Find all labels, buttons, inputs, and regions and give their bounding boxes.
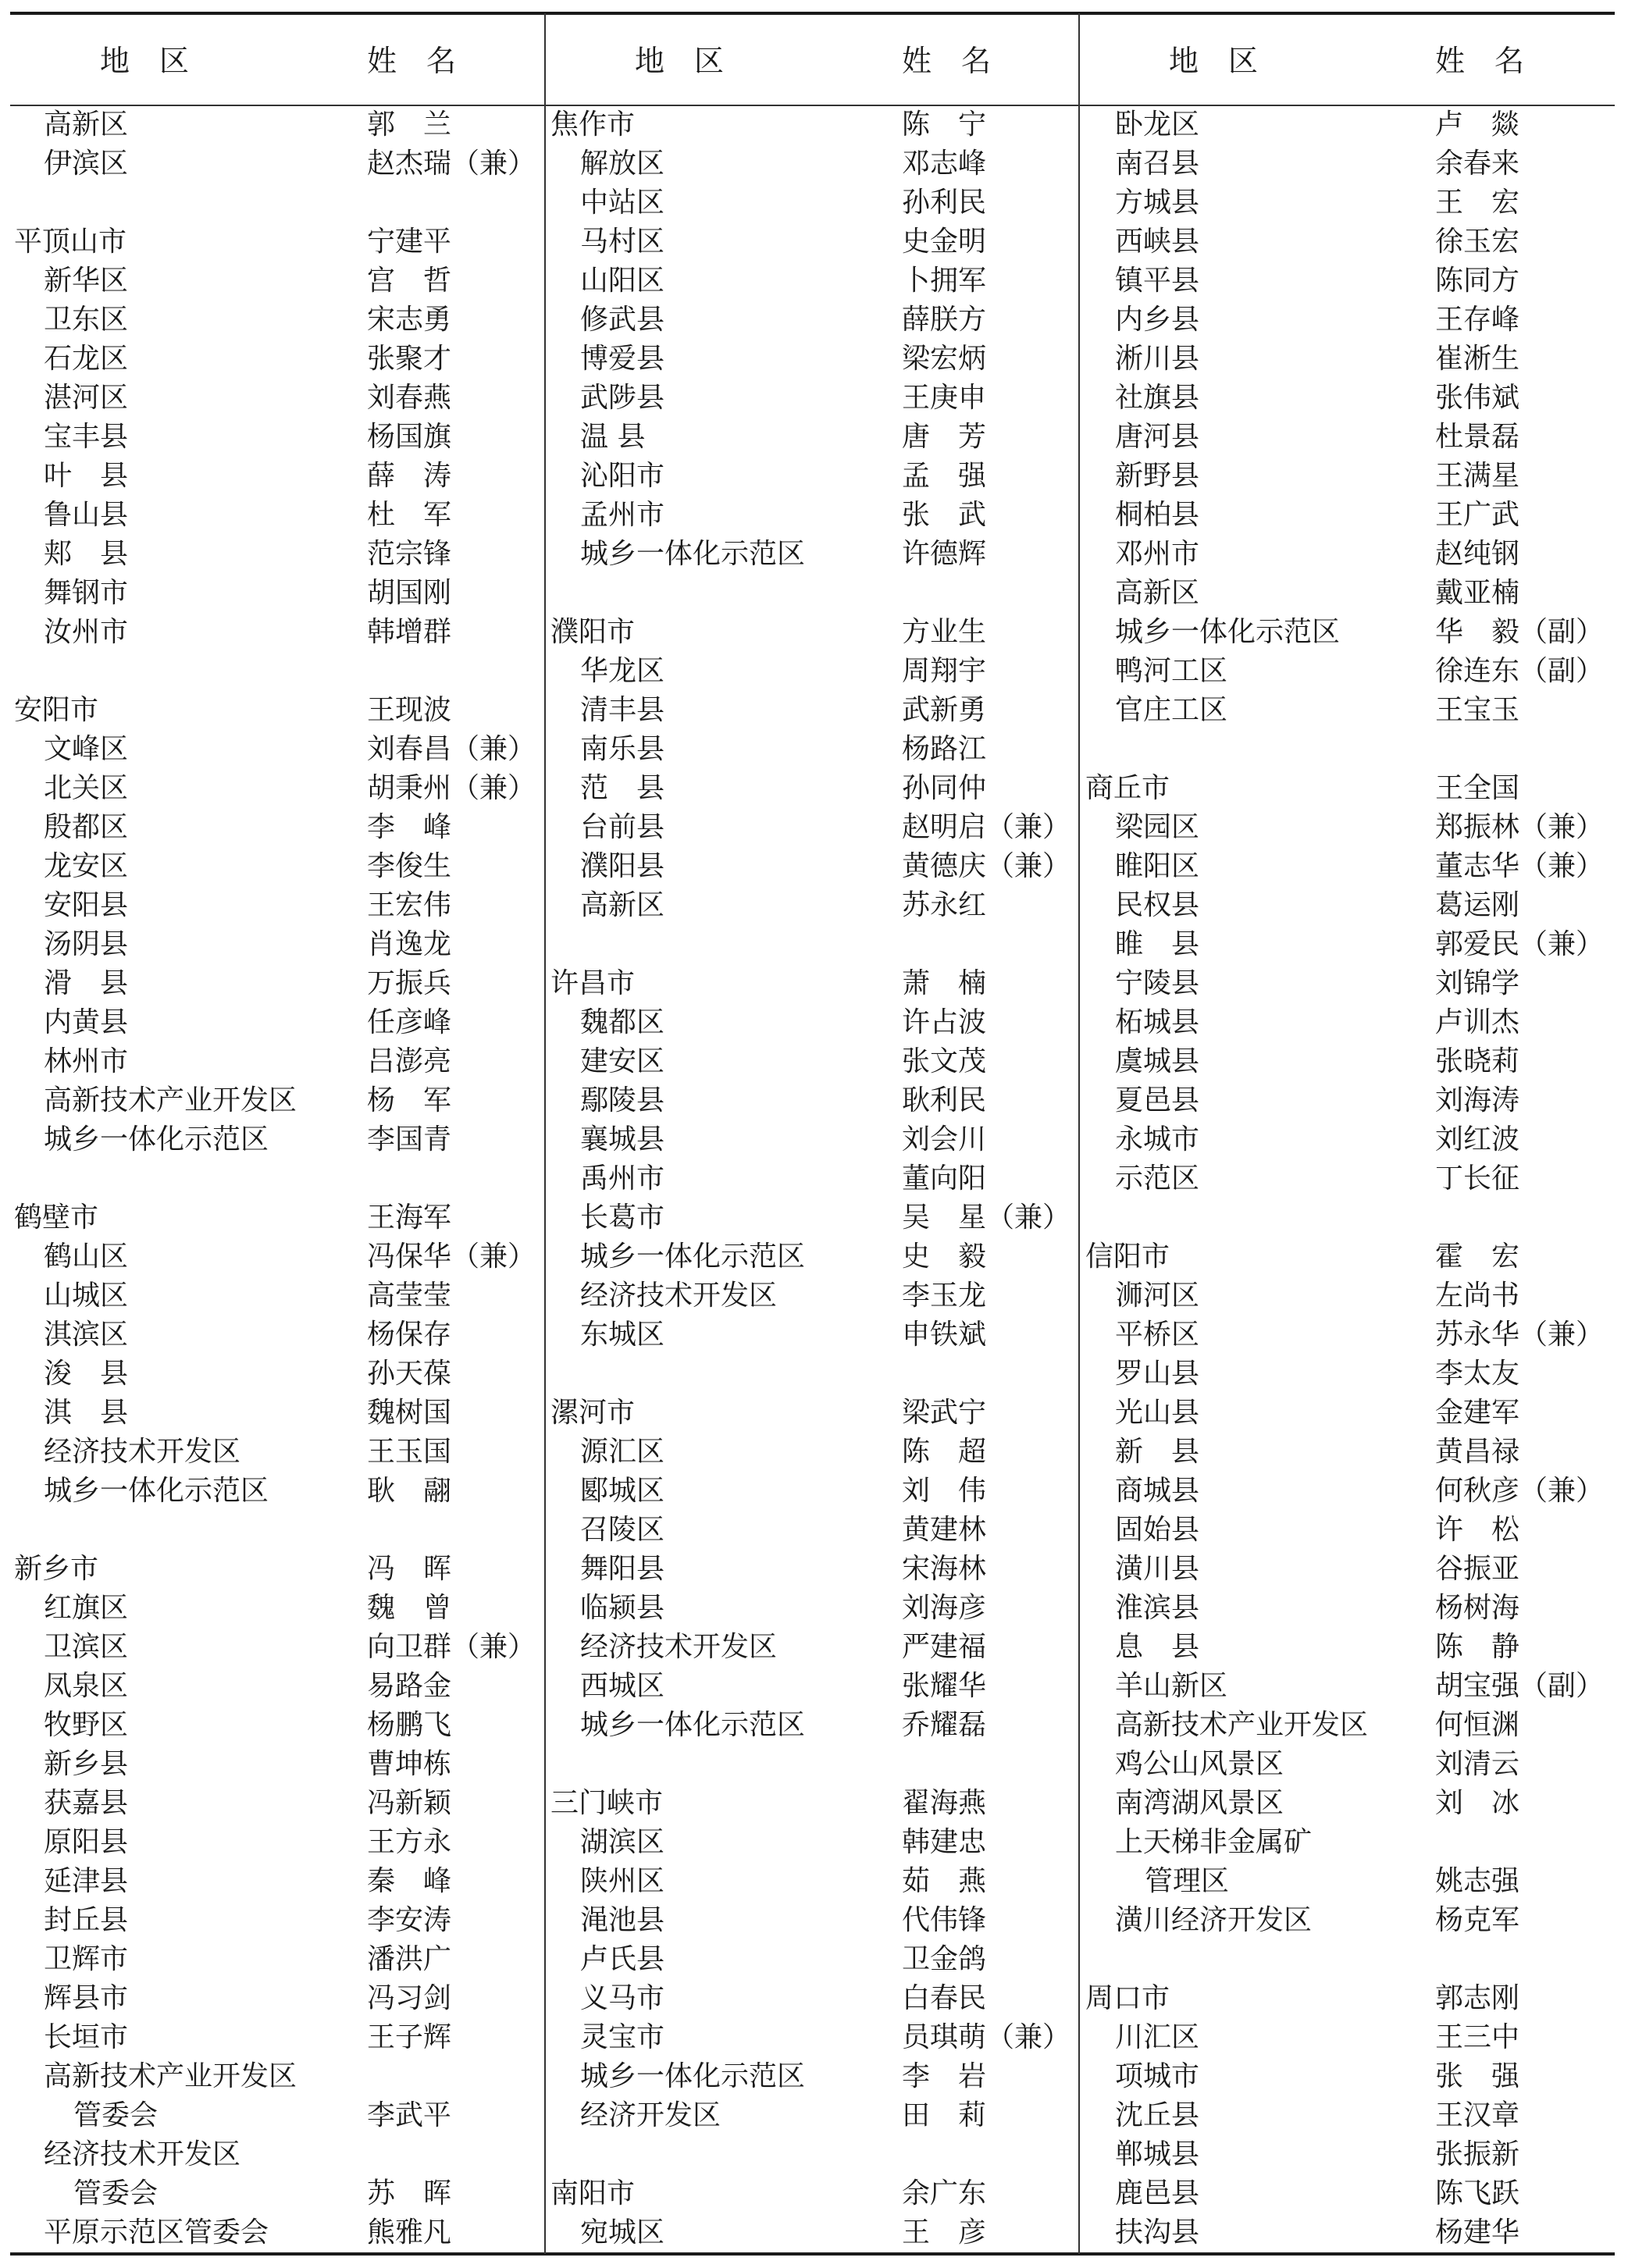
district-name: 延津县	[44, 1862, 128, 1901]
district-name: 宝丰县	[44, 418, 128, 457]
district-name: 城乡一体化示范区	[580, 2057, 805, 2096]
district-name: 中站区	[580, 183, 664, 223]
person-name: 刘会川	[902, 1120, 986, 1159]
person-name: 李 峰	[367, 808, 451, 847]
district-name: 浚 县	[44, 1355, 128, 1394]
district-name: 浉河区	[1115, 1276, 1199, 1316]
person-name: 胡国刚	[367, 574, 451, 613]
person-name: 王广武	[1435, 496, 1519, 535]
person-name: 李玉龙	[902, 1276, 986, 1316]
district-name: 山阳区	[580, 262, 664, 301]
person-name: 白春民	[902, 1979, 986, 2018]
district-name: 南召县	[1115, 144, 1199, 183]
district-name: 沁阳市	[580, 457, 664, 496]
district-name: 息 县	[1115, 1628, 1199, 1667]
person-name: 郭志刚	[1435, 1979, 1519, 2018]
district-name: 管委会	[73, 2096, 158, 2135]
district-name: 马村区	[580, 223, 664, 262]
person-name: 王子辉	[367, 2018, 451, 2057]
person-name: 卢训杰	[1435, 1003, 1519, 1042]
district-name: 光山县	[1115, 1394, 1199, 1433]
city-name: 濮阳市	[550, 613, 635, 652]
district-name: 上天梯非金属矿	[1115, 1823, 1312, 1862]
district-name: 长葛市	[580, 1198, 664, 1237]
district-name: 召陵区	[580, 1511, 664, 1550]
person-name: 王庚申	[902, 379, 986, 418]
person-name: 张聚才	[367, 340, 451, 379]
person-name: 李安涛	[367, 1901, 451, 1940]
district-name: 封丘县	[44, 1901, 128, 1940]
district-name: 台前县	[580, 808, 664, 847]
city-name: 南阳市	[550, 2174, 635, 2213]
district-name: 牧野区	[44, 1706, 128, 1745]
person-name: 陈 静	[1435, 1628, 1519, 1667]
district-name: 高新区	[44, 105, 128, 144]
district-name: 内黄县	[44, 1003, 128, 1042]
district-name: 镇平县	[1115, 262, 1199, 301]
district-name: 卫辉市	[44, 1940, 128, 1979]
district-name: 睢 县	[1115, 925, 1199, 964]
person-name: 翟海燕	[902, 1784, 986, 1823]
person-name: 王全国	[1435, 769, 1519, 808]
person-name: 耿利民	[902, 1081, 986, 1120]
district-name: 林州市	[44, 1042, 128, 1081]
person-name: 王三中	[1435, 2018, 1519, 2057]
person-name: 杨国旗	[367, 418, 451, 457]
district-name: 范 县	[580, 769, 664, 808]
person-name: 何恒渊	[1435, 1706, 1519, 1745]
city-name: 三门峡市	[550, 1784, 663, 1823]
district-name: 高新区	[580, 886, 664, 925]
person-name: 梁宏炳	[902, 340, 986, 379]
person-name: 秦 峰	[367, 1862, 451, 1901]
person-name: 杜 军	[367, 496, 451, 535]
district-name: 长垣市	[44, 2018, 128, 2057]
person-name: 余广东	[902, 2174, 986, 2213]
header-name: 姓 名	[902, 39, 991, 83]
district-name: 卫滨区	[44, 1628, 128, 1667]
district-name: 陕州区	[580, 1862, 664, 1901]
person-name: 胡秉州（兼）	[367, 769, 536, 808]
person-name: 萧 楠	[902, 964, 986, 1003]
person-name: 王满星	[1435, 457, 1519, 496]
district-name: 红旗区	[44, 1589, 128, 1628]
district-name: 固始县	[1115, 1511, 1199, 1550]
district-name: 文峰区	[44, 730, 128, 769]
header-name: 姓 名	[367, 39, 456, 83]
district-name: 孟州市	[580, 496, 664, 535]
person-name: 向卫群（兼）	[367, 1628, 536, 1667]
header-region: 地 区	[100, 39, 189, 83]
district-name: 城乡一体化示范区	[580, 1237, 805, 1276]
person-name: 许德辉	[902, 535, 986, 574]
district-name: 城乡一体化示范区	[1115, 613, 1340, 652]
district-name: 西峡县	[1115, 223, 1199, 262]
district-name: 义马市	[580, 1979, 664, 2018]
person-name: 左尚书	[1435, 1276, 1519, 1316]
district-name: 南乐县	[580, 730, 664, 769]
person-name: 乔耀磊	[902, 1706, 986, 1745]
district-name: 舞钢市	[44, 574, 128, 613]
district-name: 经济技术开发区	[44, 1433, 240, 1472]
person-name: 戴亚楠	[1435, 574, 1519, 613]
person-name: 王 宏	[1435, 183, 1519, 223]
person-name: 卜拥军	[902, 262, 986, 301]
person-name: 孙同仲	[902, 769, 986, 808]
person-name: 孟 强	[902, 457, 986, 496]
person-name: 刘 冰	[1435, 1784, 1519, 1823]
district-name: 高新技术产业开发区	[44, 2057, 297, 2096]
district-name: 邓州市	[1115, 535, 1199, 574]
district-name: 新华区	[44, 262, 128, 301]
person-name: 张文茂	[902, 1042, 986, 1081]
district-name: 安阳县	[44, 886, 128, 925]
district-name: 高新区	[1115, 574, 1199, 613]
person-name: 董志华（兼）	[1435, 847, 1604, 886]
header-rule	[10, 105, 1615, 106]
person-name: 崔淅生	[1435, 340, 1519, 379]
person-name: 郭爱民（兼）	[1435, 925, 1604, 964]
district-name: 卧龙区	[1115, 105, 1199, 144]
district-name: 凤泉区	[44, 1667, 128, 1706]
district-name: 原阳县	[44, 1823, 128, 1862]
person-name: 茹 燕	[902, 1862, 986, 1901]
district-name: 鹤山区	[44, 1237, 128, 1276]
district-name: 魏都区	[580, 1003, 664, 1042]
person-name: 卫金鸽	[902, 1940, 986, 1979]
district-name: 高新技术产业开发区	[44, 1081, 297, 1120]
person-name: 宫 哲	[367, 262, 451, 301]
person-name: 陈飞跃	[1435, 2174, 1519, 2213]
district-name: 禹州市	[580, 1159, 664, 1198]
district-name: 淇 县	[44, 1394, 128, 1433]
district-name: 濮阳县	[580, 847, 664, 886]
person-name: 王存峰	[1435, 301, 1519, 340]
person-name: 吕澎亮	[367, 1042, 451, 1081]
district-name: 潢川县	[1115, 1550, 1199, 1589]
person-name: 冯新颖	[367, 1784, 451, 1823]
person-name: 刘 伟	[902, 1472, 986, 1511]
district-name: 永城市	[1115, 1120, 1199, 1159]
city-name: 安阳市	[14, 691, 98, 730]
district-name: 获嘉县	[44, 1784, 128, 1823]
city-name: 信阳市	[1085, 1237, 1170, 1276]
person-name: 姚志强	[1435, 1862, 1519, 1901]
person-name: 孙利民	[902, 183, 986, 223]
district-name: 鹿邑县	[1115, 2174, 1199, 2213]
person-name: 薛 涛	[367, 457, 451, 496]
person-name: 张 武	[902, 496, 986, 535]
person-name: 卢 燚	[1435, 105, 1519, 144]
person-name: 华 毅（副）	[1435, 613, 1604, 652]
person-name: 任彦峰	[367, 1003, 451, 1042]
person-name: 代伟锋	[902, 1901, 986, 1940]
person-name: 何秋彦（兼）	[1435, 1472, 1604, 1511]
person-name: 胡宝强（副）	[1435, 1667, 1604, 1706]
district-name: 罗山县	[1115, 1355, 1199, 1394]
district-name: 川汇区	[1115, 2018, 1199, 2057]
person-name: 范宗锋	[367, 535, 451, 574]
person-name: 周翔宇	[902, 652, 986, 691]
person-name: 杨 军	[367, 1081, 451, 1120]
person-name: 苏 晖	[367, 2174, 451, 2213]
person-name: 王宝玉	[1435, 691, 1519, 730]
person-name: 徐连东（副）	[1435, 652, 1604, 691]
district-name: 渑池县	[580, 1901, 664, 1940]
person-name: 耿 翮	[367, 1472, 451, 1511]
district-name: 滑 县	[44, 964, 128, 1003]
district-name: 灵宝市	[580, 2018, 664, 2057]
header-region: 地 区	[1169, 39, 1258, 83]
person-name: 李俊生	[367, 847, 451, 886]
person-name: 王宏伟	[367, 886, 451, 925]
person-name: 李武平	[367, 2096, 451, 2135]
district-name: 城乡一体化示范区	[44, 1120, 269, 1159]
person-name: 高莹莹	[367, 1276, 451, 1316]
person-name: 谷振亚	[1435, 1550, 1519, 1589]
district-name: 桐柏县	[1115, 496, 1199, 535]
district-name: 建安区	[580, 1042, 664, 1081]
district-name: 宁陵县	[1115, 964, 1199, 1003]
person-name: 曹坤栋	[367, 1745, 451, 1784]
person-name: 王方永	[367, 1823, 451, 1862]
person-name: 赵纯钢	[1435, 535, 1519, 574]
district-name: 解放区	[580, 144, 664, 183]
person-name: 魏树国	[367, 1394, 451, 1433]
person-name: 杨建华	[1435, 2213, 1519, 2252]
person-name: 魏 曾	[367, 1589, 451, 1628]
district-name: 经济技术开发区	[580, 1276, 777, 1316]
person-name: 员琪萌（兼）	[902, 2018, 1070, 2057]
person-name: 史金明	[902, 223, 986, 262]
district-name: 郾城区	[580, 1472, 664, 1511]
top-rule	[10, 12, 1615, 15]
district-name: 舞阳县	[580, 1550, 664, 1589]
person-name: 武新勇	[902, 691, 986, 730]
person-name: 杜景磊	[1435, 418, 1519, 457]
district-name: 南湾湖风景区	[1115, 1784, 1284, 1823]
person-name: 黄德庆（兼）	[902, 847, 1070, 886]
district-name: 湛河区	[44, 379, 128, 418]
district-name: 鲁山县	[44, 496, 128, 535]
person-name: 史 毅	[902, 1237, 986, 1276]
person-name: 陈同方	[1435, 262, 1519, 301]
district-name: 民权县	[1115, 886, 1199, 925]
district-name: 羊山新区	[1115, 1667, 1227, 1706]
district-name: 经济技术开发区	[44, 2135, 240, 2174]
person-name: 张耀华	[902, 1667, 986, 1706]
person-name: 陈 宁	[902, 105, 986, 144]
person-name: 葛运刚	[1435, 886, 1519, 925]
city-name: 周口市	[1085, 1979, 1170, 2018]
person-name: 韩建忠	[902, 1823, 986, 1862]
person-name: 许占波	[902, 1003, 986, 1042]
district-name: 平桥区	[1115, 1316, 1199, 1355]
person-name: 肖逸龙	[367, 925, 451, 964]
person-name: 赵明启（兼）	[902, 808, 1070, 847]
city-name: 商丘市	[1085, 769, 1170, 808]
district-name: 石龙区	[44, 340, 128, 379]
district-name: 项城市	[1115, 2057, 1199, 2096]
district-name: 伊滨区	[44, 144, 128, 183]
district-name: 扶沟县	[1115, 2213, 1199, 2252]
person-name: 万振兵	[367, 964, 451, 1003]
person-name: 黄建林	[902, 1511, 986, 1550]
district-name: 社旗县	[1115, 379, 1199, 418]
city-name: 漯河市	[550, 1394, 635, 1433]
person-name: 董向阳	[902, 1159, 986, 1198]
district-name: 平原示范区管委会	[44, 2213, 269, 2252]
district-name: 淇滨区	[44, 1316, 128, 1355]
person-name: 冯习剑	[367, 1979, 451, 2018]
person-name: 杨树海	[1435, 1589, 1519, 1628]
district-name: 鸡公山风景区	[1115, 1745, 1284, 1784]
person-name: 张 强	[1435, 2057, 1519, 2096]
person-name: 李太友	[1435, 1355, 1519, 1394]
district-name: 汤阴县	[44, 925, 128, 964]
person-name: 王汉章	[1435, 2096, 1519, 2135]
district-name: 鄢陵县	[580, 1081, 664, 1120]
person-name: 余春来	[1435, 144, 1519, 183]
district-name: 温 县	[580, 418, 645, 457]
column-divider	[544, 13, 546, 2254]
person-name: 刘春昌（兼）	[367, 730, 536, 769]
bottom-rule	[10, 2252, 1615, 2256]
person-name: 李 岩	[902, 2057, 986, 2096]
district-name: 襄城县	[580, 1120, 664, 1159]
district-name: 梁园区	[1115, 808, 1199, 847]
city-name: 平顶山市	[14, 223, 126, 262]
person-name: 王玉国	[367, 1433, 451, 1472]
person-name: 韩增群	[367, 613, 451, 652]
district-name: 叶 县	[44, 457, 128, 496]
district-name: 博爱县	[580, 340, 664, 379]
district-name: 修武县	[580, 301, 664, 340]
person-name: 郭 兰	[367, 105, 451, 144]
person-name: 杨克军	[1435, 1901, 1519, 1940]
person-name: 张晓莉	[1435, 1042, 1519, 1081]
person-name: 杨鹏飞	[367, 1706, 451, 1745]
column-divider	[1078, 13, 1080, 2254]
person-name: 申铁斌	[902, 1316, 986, 1355]
person-name: 冯保华（兼）	[367, 1237, 536, 1276]
district-name: 方城县	[1115, 183, 1199, 223]
person-name: 邓志峰	[902, 144, 986, 183]
person-name: 唐 芳	[902, 418, 986, 457]
person-name: 王现波	[367, 691, 451, 730]
district-name: 沈丘县	[1115, 2096, 1199, 2135]
city-name: 新乡市	[14, 1550, 98, 1589]
district-name: 唐河县	[1115, 418, 1199, 457]
person-name: 张伟斌	[1435, 379, 1519, 418]
person-name: 刘海彦	[902, 1589, 986, 1628]
district-name: 潢川经济开发区	[1115, 1901, 1312, 1940]
person-name: 潘洪广	[367, 1940, 451, 1979]
person-name: 刘海涛	[1435, 1081, 1519, 1120]
district-name: 夏邑县	[1115, 1081, 1199, 1120]
person-name: 李国青	[367, 1120, 451, 1159]
district-name: 经济技术开发区	[580, 1628, 777, 1667]
person-name: 田 莉	[902, 2096, 986, 2135]
district-name: 商城县	[1115, 1472, 1199, 1511]
district-name: 湖滨区	[580, 1823, 664, 1862]
district-name: 管委会	[73, 2174, 158, 2213]
person-name: 赵杰瑞（兼）	[367, 144, 536, 183]
person-name: 刘春燕	[367, 379, 451, 418]
district-name: 城乡一体化示范区	[580, 535, 805, 574]
person-name: 苏永红	[902, 886, 986, 925]
person-name: 方业生	[902, 613, 986, 652]
person-name: 霍 宏	[1435, 1237, 1519, 1276]
district-name: 辉县市	[44, 1979, 128, 2018]
district-name: 龙安区	[44, 847, 128, 886]
district-name: 鸭河工区	[1115, 652, 1227, 691]
person-name: 杨保存	[367, 1316, 451, 1355]
district-name: 宛城区	[580, 2213, 664, 2252]
district-name: 管理区	[1145, 1862, 1229, 1901]
district-name: 东城区	[580, 1316, 664, 1355]
district-name: 官庄工区	[1115, 691, 1227, 730]
district-name: 北关区	[44, 769, 128, 808]
district-name: 郏 县	[44, 535, 128, 574]
district-name: 内乡县	[1115, 301, 1199, 340]
district-name: 临颍县	[580, 1589, 664, 1628]
person-name: 易路金	[367, 1667, 451, 1706]
person-name: 张振新	[1435, 2135, 1519, 2174]
person-name: 严建福	[902, 1628, 986, 1667]
person-name: 吴 星（兼）	[902, 1198, 1070, 1237]
person-name: 徐玉宏	[1435, 223, 1519, 262]
district-name: 淮滨县	[1115, 1589, 1199, 1628]
person-name: 宋志勇	[367, 301, 451, 340]
district-name: 西城区	[580, 1667, 664, 1706]
person-name: 宋海林	[902, 1550, 986, 1589]
header-region: 地 区	[635, 39, 724, 83]
district-name: 经济开发区	[580, 2096, 721, 2135]
person-name: 冯 晖	[367, 1550, 451, 1589]
district-name: 殷都区	[44, 808, 128, 847]
header-name: 姓 名	[1435, 39, 1524, 83]
district-name: 新 县	[1115, 1433, 1199, 1472]
person-name: 王海军	[367, 1198, 451, 1237]
person-name: 梁武宁	[902, 1394, 986, 1433]
district-name: 示范区	[1115, 1159, 1199, 1198]
person-name: 杨路江	[902, 730, 986, 769]
person-name: 刘锦学	[1435, 964, 1519, 1003]
district-name: 郸城县	[1115, 2135, 1199, 2174]
district-name: 淅川县	[1115, 340, 1199, 379]
city-name: 鹤壁市	[14, 1198, 98, 1237]
person-name: 丁长征	[1435, 1159, 1519, 1198]
district-name: 清丰县	[580, 691, 664, 730]
district-name: 高新技术产业开发区	[1115, 1706, 1368, 1745]
person-name: 薛朕方	[902, 301, 986, 340]
person-name: 宁建平	[367, 223, 451, 262]
district-name: 华龙区	[580, 652, 664, 691]
person-name: 孙天葆	[367, 1355, 451, 1394]
district-name: 城乡一体化示范区	[44, 1472, 269, 1511]
city-name: 许昌市	[550, 964, 635, 1003]
person-name: 熊雅凡	[367, 2213, 451, 2252]
district-name: 新乡县	[44, 1745, 128, 1784]
person-name: 许 松	[1435, 1511, 1519, 1550]
district-name: 虞城县	[1115, 1042, 1199, 1081]
district-name: 汝州市	[44, 613, 128, 652]
person-name: 金建军	[1435, 1394, 1519, 1433]
district-name: 城乡一体化示范区	[580, 1706, 805, 1745]
district-name: 山城区	[44, 1276, 128, 1316]
city-name: 焦作市	[550, 105, 635, 144]
